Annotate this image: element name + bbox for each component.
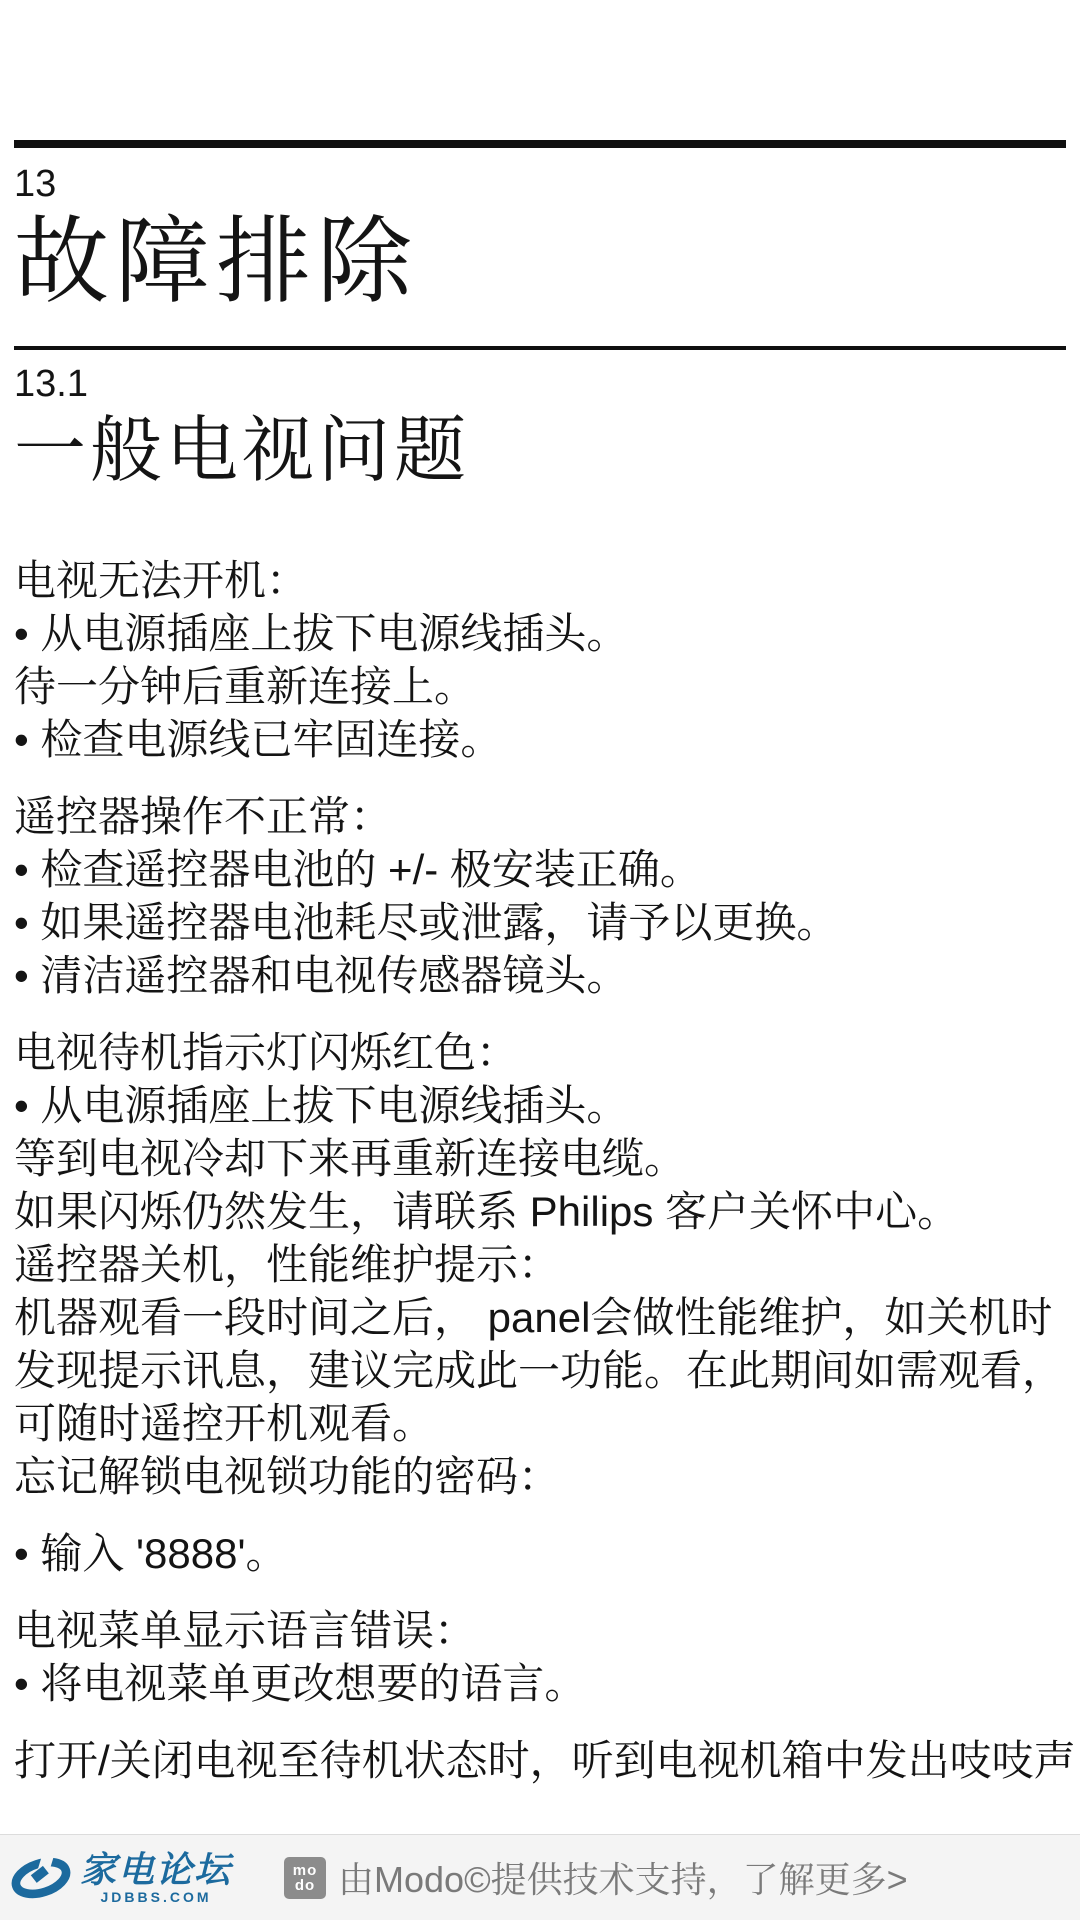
text-line: • 输入 '8888'。 (14, 1527, 1066, 1580)
section-title: 故障排除 (14, 209, 1066, 315)
text-line: 可随时遥控开机观看。 (14, 1397, 1066, 1450)
body-text: 电视无法开机：• 从电源插座上拔下电源线插头。待一分钟后重新连接上。• 检查电源… (14, 554, 1066, 1787)
text-line: • 从电源插座上拔下电源线插头。 (14, 607, 1066, 660)
paragraph: 遥控器操作不正常：• 检查遥控器电池的 +/- 极安装正确。• 如果遥控器电池耗… (14, 790, 1066, 1002)
text-line: 等到电视冷却下来再重新连接电缆。 (14, 1132, 1066, 1185)
paragraph: • 输入 '8888'。 (14, 1527, 1066, 1580)
text-line: 待一分钟后重新连接上。 (14, 660, 1066, 713)
text-line: 电视待机指示灯闪烁红色： (14, 1026, 1066, 1079)
paragraph: 电视菜单显示语言错误：• 将电视菜单更改想要的语言。 (14, 1604, 1066, 1710)
text-line: 打开/关闭电视至待机状态时，听到电视机箱中发出吱吱声 (14, 1734, 1066, 1787)
jdbbs-logo-text: 家电论坛 JDBBS.COM (80, 1852, 232, 1904)
text-line: 遥控器关机，性能维护提示： (14, 1238, 1066, 1291)
text-line: 电视菜单显示语言错误： (14, 1604, 1066, 1657)
subsection-divider-thin (14, 346, 1066, 350)
subsection-title: 一般电视问题 (14, 409, 1066, 494)
text-line: • 检查遥控器电池的 +/- 极安装正确。 (14, 843, 1066, 896)
modo-icon: mo do (284, 1857, 326, 1899)
manual-page: 13 故障排除 13.1 一般电视问题 电视无法开机：• 从电源插座上拔下电源线… (0, 140, 1080, 1787)
section-divider-thick (14, 140, 1066, 148)
paragraph: 电视待机指示灯闪烁红色：• 从电源插座上拔下电源线插头。等到电视冷却下来再重新连… (14, 1026, 1066, 1503)
text-line: • 清洁遥控器和电视传感器镜头。 (14, 949, 1066, 1002)
jdbbs-logo-name: 家电论坛 (80, 1852, 232, 1888)
footer-bar: 家电论坛 JDBBS.COM mo do 由Modo©提供技术支持，了解更多> (0, 1834, 1080, 1920)
modo-support-link[interactable]: 由Modo©提供技术支持，了解更多> (338, 1852, 908, 1903)
paragraph: 电视无法开机：• 从电源插座上拔下电源线插头。待一分钟后重新连接上。• 检查电源… (14, 554, 1066, 766)
section-number: 13 (14, 160, 1066, 209)
modo-icon-bottom-text: do (295, 1878, 315, 1893)
modo-icon-top-text: mo (293, 1863, 318, 1878)
text-line: 发现提示讯息，建议完成此一功能。在此期间如需观看， (14, 1344, 1066, 1397)
text-line: • 从电源插座上拔下电源线插头。 (14, 1079, 1066, 1132)
text-line: • 检查电源线已牢固连接。 (14, 713, 1066, 766)
paragraph: 打开/关闭电视至待机状态时，听到电视机箱中发出吱吱声 (14, 1734, 1066, 1787)
jdbbs-logo[interactable]: 家电论坛 JDBBS.COM (10, 1852, 232, 1904)
jdbbs-logo-domain: JDBBS.COM (101, 1890, 212, 1904)
jdbbs-swoosh-icon (10, 1854, 72, 1902)
text-line: 遥控器操作不正常： (14, 790, 1066, 843)
text-line: • 如果遥控器电池耗尽或泄露，请予以更换。 (14, 896, 1066, 949)
text-line: 电视无法开机： (14, 554, 1066, 607)
text-line: 如果闪烁仍然发生，请联系 Philips 客户关怀中心。 (14, 1185, 1066, 1238)
text-line: 忘记解锁电视锁功能的密码： (14, 1450, 1066, 1503)
text-line: • 将电视菜单更改想要的语言。 (14, 1657, 1066, 1710)
subsection-number: 13.1 (14, 360, 1066, 409)
text-line: 机器观看一段时间之后， panel会做性能维护，如关机时 (14, 1291, 1066, 1344)
